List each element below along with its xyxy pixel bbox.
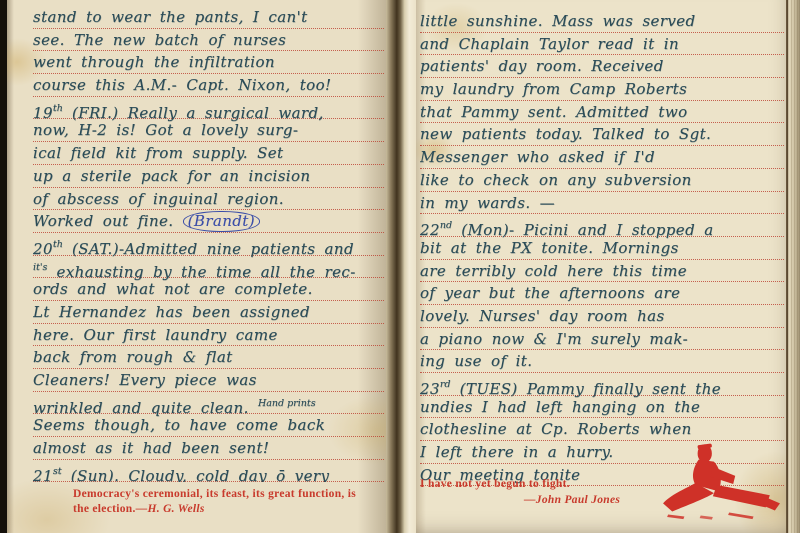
handwriting-segment: lovely. Nurses' day room has	[420, 307, 665, 325]
handwriting-segment: undies I had left hanging on the	[420, 398, 700, 416]
handwritten-line: ords and what not are complete.	[33, 278, 384, 301]
handwriting-segment: ical field kit from supply. Set	[33, 144, 284, 162]
handwritten-line: 21st (Sun). Cloudy, cold day ō very	[33, 460, 384, 483]
left-page: stand to wear the pants, I can'tsee. The…	[7, 0, 388, 533]
handwriting-segment: a piano now & I'm surely mak-	[420, 330, 688, 348]
handwriting-segment: it's	[33, 262, 47, 273]
handwritten-line: ing use of it.	[420, 350, 784, 373]
page-fore-edges	[786, 0, 800, 533]
handwritten-line: clothesline at Cp. Roberts when	[420, 418, 784, 441]
handwritten-line: my laundry from Camp Roberts	[420, 78, 784, 101]
handwriting-segment: are terribly cold here this time	[420, 262, 687, 280]
handwritten-line: ical field kit from supply. Set	[33, 142, 384, 165]
handwriting-segment: patients' day room. Received	[420, 57, 664, 75]
handwriting-segment: almost as it had been sent!	[33, 439, 269, 457]
handwriting-segment: up a sterile pack for an incision	[33, 167, 311, 185]
handwritten-line: and Chaplain Taylor read it in	[420, 33, 784, 56]
handwritten-line: course this A.M.- Capt. Nixon, too!	[33, 74, 384, 97]
handwritten-line: of year but the afternoons are	[420, 282, 784, 305]
handwritten-line: 23rd (TUES) Pammy finally sent the	[420, 373, 784, 396]
handwritten-line: lovely. Nurses' day room has	[420, 305, 784, 328]
handwritten-line: of abscess of inguinal region.	[33, 188, 384, 211]
handwriting-segment: Messenger who asked if I'd	[420, 148, 655, 166]
handwriting-segment: 21	[33, 467, 53, 483]
book-gutter-shadow	[386, 0, 416, 533]
handwriting-segment: bit at the PX tonite. Mornings	[420, 239, 679, 257]
handwriting-segment: see. The new batch of nurses	[33, 31, 286, 49]
handwriting-segment: now, H-2 is! Got a lovely surg-	[33, 121, 298, 139]
handwritten-line: went through the infiltration	[33, 51, 384, 74]
quote-line-1: Democracy's ceremonial, its feast, its g…	[73, 487, 375, 502]
handwritten-line: bit at the PX tonite. Mornings	[420, 237, 784, 260]
handwriting-segment: that Pammy sent. Admitted two	[420, 103, 688, 121]
handwriting-segment: rd	[440, 379, 451, 390]
handwritten-line: a piano now & I'm surely mak-	[420, 328, 784, 351]
quote-line-2-text: the election.—	[73, 503, 147, 515]
left-page-printed-quote: Democracy's ceremonial, its feast, its g…	[73, 487, 375, 516]
handwritten-line: patients' day room. Received	[420, 55, 784, 78]
seated-soldier-cannon-icon	[660, 440, 782, 526]
handwriting-segment: here. Our first laundry came	[33, 326, 278, 344]
handwriting-segment: like to check on any subversion	[420, 171, 692, 189]
right-page-printed-quote: I have not yet begun to fight. —John Pau…	[420, 477, 690, 507]
handwriting-segment: went through the infiltration	[33, 53, 275, 71]
handwritten-line: back from rough & flat	[33, 346, 384, 369]
handwriting-segment: course this A.M.- Capt. Nixon, too!	[33, 76, 331, 94]
handwritten-line: little sunshine. Mass was served	[420, 10, 784, 33]
handwriting-segment: little sunshine. Mass was served	[420, 12, 696, 30]
handwriting-segment: and Chaplain Taylor read it in	[420, 35, 679, 53]
handwritten-line: like to check on any subversion	[420, 169, 784, 192]
handwritten-line: 19th (FRI.) Really a surgical ward,	[33, 97, 384, 120]
handwriting-segment: (Sun). Cloudy, cold day ō very	[62, 467, 330, 483]
handwriting-segment: ords and what not are complete.	[33, 280, 313, 298]
handwriting-segment: Lt Hernandez has been assigned	[33, 303, 310, 321]
handwriting-segment: my laundry from Camp Roberts	[420, 80, 687, 98]
handwritten-line: wrinkled and quite clean. Hand prints	[33, 392, 384, 415]
handwriting-segment: new patients today. Talked to Sgt.	[420, 125, 711, 143]
handwriting-segment: of year but the afternoons are	[420, 284, 680, 302]
handwriting-segment: Seems though, to have come back	[33, 416, 325, 434]
handwritten-line: undies I had left hanging on the	[420, 396, 784, 419]
handwriting-segment: stand to wear the pants, I can't	[33, 8, 308, 26]
quote-author-wells: H. G. Wells	[147, 503, 204, 515]
handwriting-segment: (Brandt)	[183, 211, 260, 232]
handwritten-line: here. Our first laundry came	[33, 324, 384, 347]
handwriting-segment: th	[53, 239, 63, 250]
handwritten-line: Lt Hernandez has been assigned	[33, 301, 384, 324]
handwriting-segment: th	[53, 103, 63, 114]
quote-text-jones: I have not yet begun to fight.	[420, 477, 690, 492]
quote-line-2: the election.—H. G. Wells	[73, 502, 375, 517]
handwriting-segment: Worked out fine.	[33, 212, 183, 230]
handwritten-line: now, H-2 is! Got a lovely surg-	[33, 119, 384, 142]
handwritten-line: Messenger who asked if I'd	[420, 146, 784, 169]
handwritten-line: that Pammy sent. Admitted two	[420, 101, 784, 124]
handwritten-line: almost as it had been sent!	[33, 437, 384, 460]
right-page-handwriting: little sunshine. Mass was servedand Chap…	[420, 10, 784, 486]
handwritten-line: 22nd (Mon)- Picini and I stopped a	[420, 214, 784, 237]
handwriting-segment: clothesline at Cp. Roberts when	[420, 420, 692, 438]
quote-author-jones: —John Paul Jones	[420, 493, 690, 508]
handwritten-line: in my wards. —	[420, 192, 784, 215]
handwriting-segment: in my wards. —	[420, 194, 555, 212]
right-page: little sunshine. Mass was servedand Chap…	[416, 0, 786, 533]
handwriting-segment: Cleaners! Every piece was	[33, 371, 257, 389]
handwriting-segment: Hand prints	[258, 398, 316, 409]
handwritten-line: see. The new batch of nurses	[33, 29, 384, 52]
handwriting-segment: back from rough & flat	[33, 348, 233, 366]
handwritten-line: it's exhausting by the time all the rec-	[33, 256, 384, 279]
handwriting-segment: ing use of it.	[420, 352, 532, 370]
handwritten-line: are terribly cold here this time	[420, 260, 784, 283]
handwriting-segment: of abscess of inguinal region.	[33, 190, 284, 208]
handwritten-line: new patients today. Talked to Sgt.	[420, 123, 784, 146]
left-page-handwriting: stand to wear the pants, I can'tsee. The…	[33, 6, 384, 482]
handwritten-line: Cleaners! Every piece was	[33, 369, 384, 392]
handwritten-line: stand to wear the pants, I can't	[33, 6, 384, 29]
handwritten-line: 20th (SAT.)-Admitted nine patients and	[33, 233, 384, 256]
handwriting-segment: nd	[440, 220, 452, 231]
handwritten-line: up a sterile pack for an incision	[33, 165, 384, 188]
handwriting-segment: st	[53, 466, 62, 477]
handwritten-line: Seems though, to have come back	[33, 414, 384, 437]
open-diary-spread: stand to wear the pants, I can'tsee. The…	[0, 0, 800, 533]
handwritten-line: Worked out fine. (Brandt)	[33, 210, 384, 233]
handwriting-segment: I left there in a hurry.	[420, 443, 614, 461]
